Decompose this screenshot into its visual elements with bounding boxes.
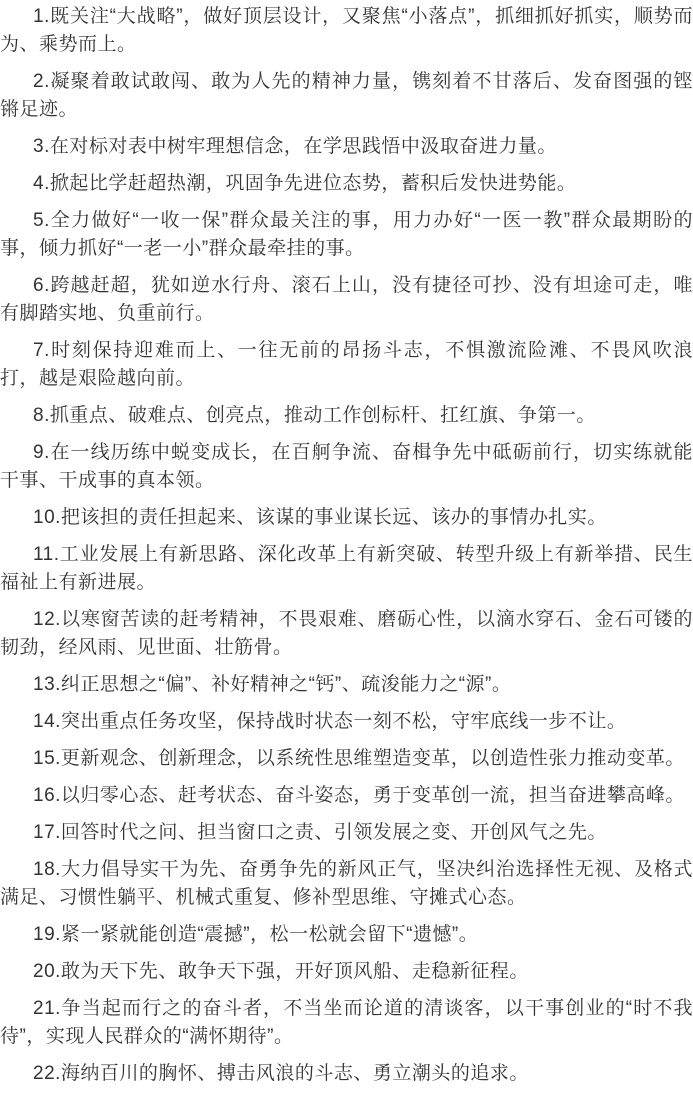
paragraph-3: 3.在对标对表中树牢理想信念，在学思践悟中汲取奋进力量。 xyxy=(0,133,693,161)
paragraph-5: 5.全力做好“一收一保”群众最关注的事，用力办好“一医一教”群众最期盼的事，倾力… xyxy=(0,207,693,263)
paragraph-9: 9.在一线历练中蜕变成长，在百舸争流、奋楫争先中砥砺前行，切实练就能干事、干成事… xyxy=(0,439,693,495)
paragraph-20: 20.敢为天下先、敢争天下强，开好顶风船、走稳新征程。 xyxy=(0,958,693,986)
paragraph-17: 17.回答时代之问、担当窗口之责、引领发展之变、开创风气之先。 xyxy=(0,819,693,847)
paragraph-7: 7.时刻保持迎难而上、一往无前的昂扬斗志，不惧激流险滩、不畏风吹浪打，越是艰险越… xyxy=(0,337,693,393)
paragraph-12: 12.以寒窗苦读的赶考精神，不畏艰难、磨砺心性，以滴水穿石、金石可镂的韧劲，经风… xyxy=(0,606,693,662)
paragraph-16: 16.以归零心态、赶考状态、奋斗姿态，勇于变革创一流，担当奋进攀高峰。 xyxy=(0,782,693,810)
document-page: 1.既关注“大战略”，做好顶层设计，又聚焦“小落点”，抓细抓好抓实，顺势而为、乘… xyxy=(0,0,693,1097)
paragraph-2: 2.凝聚着敢试敢闯、敢为人先的精神力量，镌刻着不甘落后、发奋图强的铿锵足迹。 xyxy=(0,68,693,124)
paragraph-19: 19.紧一紧就能创造“震撼”，松一松就会留下“遗憾”。 xyxy=(0,921,693,949)
paragraph-18: 18.大力倡导实干为先、奋勇争先的新风正气，坚决纠治选择性无视、及格式满足、习惯… xyxy=(0,856,693,912)
paragraph-15: 15.更新观念、创新理念，以系统性思维塑造变革，以创造性张力推动变革。 xyxy=(0,745,693,773)
paragraph-1: 1.既关注“大战略”，做好顶层设计，又聚焦“小落点”，抓细抓好抓实，顺势而为、乘… xyxy=(0,3,693,59)
paragraph-22: 22.海纳百川的胸怀、搏击风浪的斗志、勇立潮头的追求。 xyxy=(0,1060,693,1088)
paragraph-4: 4.掀起比学赶超热潮，巩固争先进位态势，蓄积后发快进势能。 xyxy=(0,170,693,198)
paragraph-14: 14.突出重点任务攻坚，保持战时状态一刻不松，守牢底线一步不让。 xyxy=(0,708,693,736)
paragraph-13: 13.纠正思想之“偏”、补好精神之“钙”、疏浚能力之“源”。 xyxy=(0,671,693,699)
paragraph-21: 21.争当起而行之的奋斗者，不当坐而论道的清谈客，以干事创业的“时不我待”，实现… xyxy=(0,995,693,1051)
paragraph-6: 6.跨越赶超，犹如逆水行舟、滚石上山，没有捷径可抄、没有坦途可走，唯有脚踏实地、… xyxy=(0,272,693,328)
paragraph-11: 11.工业发展上有新思路、深化改革上有新突破、转型升级上有新举措、民生福祉上有新… xyxy=(0,541,693,597)
paragraph-8: 8.抓重点、破难点、创亮点，推动工作创标杆、扛红旗、争第一。 xyxy=(0,402,693,430)
paragraph-10: 10.把该担的责任担起来、该谋的事业谋长远、该办的事情办扎实。 xyxy=(0,504,693,532)
